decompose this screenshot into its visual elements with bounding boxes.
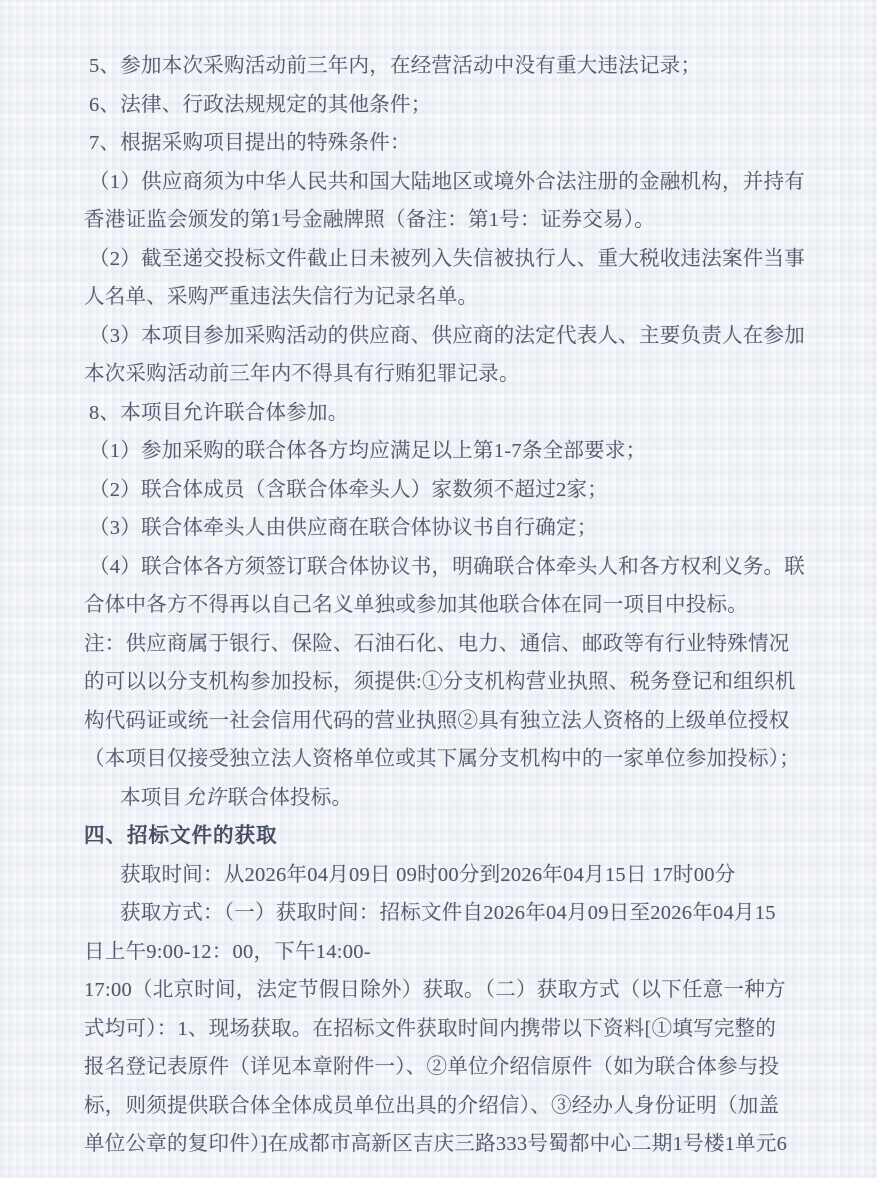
consortium-allowed-note: 本项目允许联合体投标。 [84, 779, 791, 818]
section-4-heading: 四、招标文件的获取 [84, 817, 791, 856]
branch-note-line2: 的可以以分支机构参加投标，须提供:①分支机构营业执照、税务登记和组织机 [84, 663, 791, 702]
special-cond-1-line1: （1）供应商须为中华人民共和国大陆地区或境外合法注册的金融机构，并持有 [84, 163, 791, 202]
consortium-req-1: （1）参加采购的联合体各方均应满足以上第1-7条全部要求； [84, 432, 791, 471]
obtain-method-line6: 标，则须提供联合体全体成员单位出具的介绍信）、③经办人身份证明（加盖 [84, 1087, 791, 1126]
consortium-req-4-line2: 合体中各方不得再以自己名义单独或参加其他联合体在同一项目中投标。 [84, 586, 791, 625]
consortium-allowed-post: 联合体投标。 [228, 787, 353, 809]
branch-note-line3: 构代码证或统一社会信用代码的营业执照②具有独立法人资格的上级单位授权 [84, 702, 791, 741]
scanned-document-page: 5、参加本次采购活动前三年内，在经营活动中没有重大违法记录； 6、法律、行政法规… [0, 0, 877, 1178]
obtain-method-line5: 报名登记表原件（详见本章附件一）、②单位介绍信原件（如为联合体参与投 [84, 1048, 791, 1087]
special-cond-2-line1: （2）截至递交投标文件截止日未被列入失信被执行人、重大税收违法案件当事 [84, 240, 791, 279]
branch-note-line1: 注：供应商属于银行、保险、石油石化、电力、通信、邮政等有行业特殊情况 [84, 625, 791, 664]
clause-6: 6、法律、行政法规规定的其他条件； [84, 86, 791, 125]
special-cond-1-line2: 香港证监会颁发的第1号金融牌照（备注：第1号：证券交易）。 [84, 201, 791, 240]
consortium-allowed-emphasis: 允许 [182, 787, 228, 809]
obtain-time-line: 获取时间：从2026年04月09日 09时00分到2026年04月15日 17时… [84, 856, 791, 895]
clause-8: 8、本项目允许联合体参加。 [84, 394, 791, 433]
obtain-method-line2: 日上午9:00-12：00，下午14:00- [84, 933, 791, 972]
consortium-req-2: （2）联合体成员（含联合体牵头人）家数须不超过2家； [84, 471, 791, 510]
obtain-method-line4: 式均可）：1、现场获取。在招标文件获取时间内携带以下资料[①填写完整的 [84, 1010, 791, 1049]
clause-5: 5、参加本次采购活动前三年内，在经营活动中没有重大违法记录； [84, 47, 791, 86]
special-cond-3-line2: 本次采购活动前三年内不得具有行贿犯罪记录。 [84, 355, 791, 394]
document-text-block: 5、参加本次采购活动前三年内，在经营活动中没有重大违法记录； 6、法律、行政法规… [84, 47, 791, 1164]
consortium-req-4-line1: （4）联合体各方须签订联合体协议书，明确联合体牵头人和各方权利义务。联 [84, 548, 791, 587]
obtain-method-line1: 获取方式：（一）获取时间：招标文件自2026年04月09日至2026年04月15 [84, 894, 791, 933]
special-cond-3-line1: （3）本项目参加采购活动的供应商、供应商的法定代表人、主要负责人在参加 [84, 317, 791, 356]
branch-note-line4: （本项目仅接受独立法人资格单位或其下属分支机构中的一家单位参加投标）； [84, 740, 791, 779]
consortium-req-3: （3）联合体牵头人由供应商在联合体协议书自行确定； [84, 509, 791, 548]
obtain-method-line7: 单位公章的复印件）]在成都市高新区吉庆三路333号蜀都中心二期1号楼1单元6 [84, 1125, 791, 1164]
consortium-allowed-pre: 本项目 [120, 787, 182, 809]
special-cond-2-line2: 人名单、采购严重违法失信行为记录名单。 [84, 278, 791, 317]
clause-7: 7、根据采购项目提出的特殊条件： [84, 124, 791, 163]
obtain-method-line3: 17:00（北京时间，法定节假日除外）获取。（二）获取方式（以下任意一种方 [84, 971, 791, 1010]
